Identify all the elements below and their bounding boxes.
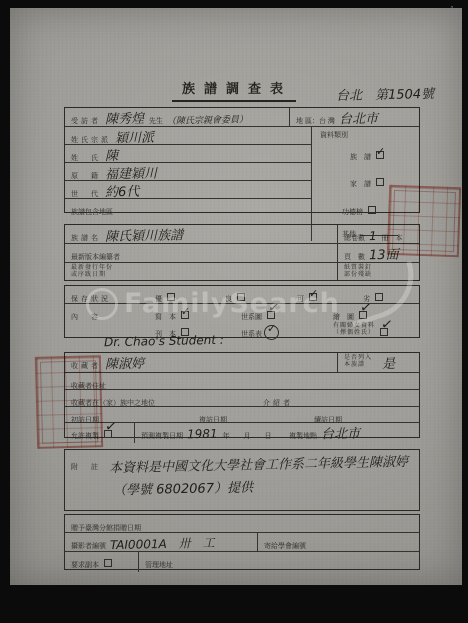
pedigree-table-item: 世系表✓ — [235, 321, 327, 341]
volume-label: 總卷數 — [344, 235, 365, 242]
clan-branch-value: 穎川派 — [115, 133, 154, 145]
copy-date-value: 1981 — [187, 429, 218, 441]
condition-excellent: 優 — [149, 286, 219, 303]
check-mark: ✓ — [309, 287, 318, 300]
coverage-row: 族譜包含地區 — [65, 199, 311, 219]
checkbox-icon — [376, 178, 384, 186]
donation-date-cell: 贈予臺灣分館捐贈日期 — [65, 515, 419, 532]
holder-value: 陳淑婷 — [105, 359, 144, 371]
interviewee-suffix: 先生 — [149, 118, 163, 125]
drawings-item: 繪 圖✓ — [327, 304, 419, 321]
included-label-2: 本族譜 — [344, 362, 372, 369]
red-seal-stamp-right — [387, 185, 461, 257]
pages-label: 頁 數 — [344, 254, 365, 261]
checkbox-icon — [375, 293, 383, 301]
origin-label: 原 籍 — [71, 173, 101, 180]
condition-label-cell: 保存狀況 — [65, 286, 149, 303]
jiapu-checkbox — [376, 178, 384, 186]
society-number-label: 寄給學會編號 — [264, 543, 306, 550]
copy-place-value: 台北市 — [321, 429, 360, 441]
checkbox-icon — [237, 293, 245, 301]
content-label: 內 容 — [71, 314, 101, 321]
poor-checkbox — [375, 293, 383, 301]
copy-place-label: 複製地點 — [289, 433, 317, 440]
category-item-zupu: 族 譜✓ — [320, 146, 419, 164]
binding-label-2: 部份殘缺 — [344, 272, 419, 279]
women-data-checkbox: ✓ — [380, 328, 388, 336]
binding-label-1: 紙質裝釘 — [344, 265, 419, 272]
remarks-line-2: （學號 6802067）提供 — [113, 477, 254, 504]
condition-content-section: 保存狀況 優 良 可✓ 劣 內 容 寫 本✓ — [64, 285, 420, 338]
copy-date-cell: 預測複製日期 1981 年 月 日 — [135, 423, 283, 443]
manage-address-label: 管理地址 — [145, 562, 173, 569]
remarks-line-1: 本資料是中國文化大學社會工作系二年級學生陳淑婷 — [109, 451, 408, 481]
included-value: 是 — [382, 359, 395, 370]
book-name-cell: 族譜名 陳氏穎川族譜 — [65, 225, 337, 243]
generations-value: 約6代 — [105, 187, 140, 199]
introducer-cell: 介紹者 — [257, 390, 419, 406]
copy-date-units: 年 月 日 — [222, 433, 271, 440]
check-mark: ✓ — [376, 145, 385, 158]
respondent-section: 受訪者 陳秀煌 先生 （陳氏宗親會委員） 地 區：台 灣 台北市 姓氏宗派 穎川… — [64, 107, 420, 213]
condition-label: 保存狀況 — [71, 296, 111, 303]
region-cell: 地 區：台 灣 台北市 — [289, 108, 419, 126]
women-data-item: 有關婦女資料 （擇偶姓氏） ✓ — [327, 321, 419, 341]
check-mark: ✓ — [359, 299, 373, 316]
donation-date-label: 贈予臺灣分館捐贈日期 — [71, 525, 141, 532]
women-data-label-2: （擇偶姓氏） — [333, 330, 375, 337]
manage-address-cell: 管理地址 — [139, 552, 419, 572]
check-mark: ✓ — [380, 316, 394, 333]
included-cell: 是否列入 本族譜 是 — [337, 353, 419, 372]
surname-rows: 姓氏宗派 穎川派 姓 氏 陳 原 籍 福建穎川 世 代 約6代 族譜包含地區 — [65, 127, 311, 219]
surname-row: 姓 氏 陳 — [65, 145, 311, 163]
generations-row: 世 代 約6代 — [65, 181, 311, 199]
included-label-1: 是否列入 — [344, 355, 372, 362]
clan-branch-label: 姓氏宗派 — [71, 137, 111, 144]
society-number-cell: 寄給學會編號 — [257, 533, 419, 551]
drawings-checkbox: ✓ — [359, 311, 367, 319]
check-mark: ✓ — [267, 322, 276, 335]
introducer-label: 介紹者 — [263, 400, 293, 407]
interviewee-note: （陳氏宗親會委員） — [167, 115, 248, 128]
interviewee-label: 受訪者 — [71, 118, 101, 125]
copy-date-label: 預測複製日期 — [141, 433, 183, 440]
handwritten-english-note: Dr. Chao's Student : — [104, 335, 224, 349]
holder-address-cell: 收藏者住址 — [65, 373, 419, 389]
photographer-label: 攝影者編號 — [71, 543, 106, 550]
copy-place-cell: 複製地點 台北市 — [283, 423, 419, 443]
generations-label: 世 代 — [71, 191, 101, 198]
copy-permit-checkbox: ✓ — [104, 430, 112, 438]
category-header: 資料類別 — [320, 130, 419, 140]
remarks-section: 附 註 本資料是中國文化大學社會工作系二年級學生陳淑婷 （學號 6802067）… — [64, 449, 420, 511]
checkbox-icon — [368, 206, 376, 214]
second-visit-cell: 複訪日期 — [193, 407, 308, 422]
clan-branch-row: 姓氏宗派 穎川派 — [65, 127, 311, 145]
red-seal-stamp-left — [35, 355, 103, 449]
genealogy-book-section: 族譜名 陳氏穎川族譜 總卷數 1 冊 本 最新版本編纂者 頁 數 13面 最新發… — [64, 224, 420, 281]
gongdebang-checkbox — [368, 206, 376, 214]
women-data-label: 有關婦女資料 — [333, 323, 375, 330]
publish-year-label-2: 或序跋日期 — [71, 272, 337, 279]
manuscript-checkbox: ✓ — [181, 311, 189, 319]
check-mark: ✓ — [181, 305, 190, 318]
pedigree-table-label: 世系表 — [241, 331, 262, 338]
origin-value: 福建穎川 — [105, 168, 157, 180]
copy-request-cell: 要求副本 — [65, 552, 139, 572]
administration-section: 贈予臺灣分館捐贈日期 攝影者編號 TAI0001A 卅 工 寄給學會編號 要求副… — [64, 514, 420, 570]
fair-checkbox: ✓ — [309, 293, 317, 301]
binding-cell: 紙質裝釘 部份殘缺 — [337, 263, 419, 280]
holder-section: 收藏者 陳淑婷 是否列入 本族譜 是 收藏者住址 收藏者在（家）族中之地位 介紹… — [64, 352, 420, 438]
manuscript-label: 寫 本 — [155, 314, 176, 321]
drawings-label: 繪 圖 — [333, 314, 354, 321]
remarks-label: 附 註 — [71, 462, 101, 502]
publish-year-cell: 最新發行年份 或序跋日期 — [65, 263, 337, 280]
condition-fair: 可✓ — [291, 286, 357, 303]
origin-row: 原 籍 福建穎川 — [65, 163, 311, 181]
follow-up-visit-cell: 續訪日期 — [308, 407, 419, 422]
volume-value: 1 — [369, 231, 377, 242]
fair-label: 可 — [297, 296, 304, 303]
check-mark: ✓ — [267, 299, 281, 316]
manuscript-item: 寫 本✓ — [149, 304, 235, 321]
pedigree-chart-checkbox: ✓ — [267, 311, 275, 319]
interviewee-cell: 受訪者 陳秀煌 先生 （陳氏宗親會委員） — [65, 108, 289, 126]
pedigree-chart-item: 世系圖✓ — [235, 304, 327, 321]
copy-request-checkbox — [104, 559, 112, 567]
form-title: 族譜調查表 — [172, 78, 296, 102]
scanned-document: 1. FamilySearch 族譜調查表 台北 第1504號 受訪者 陳秀煌 … — [0, 0, 468, 623]
region-value: 台北市 — [339, 114, 378, 126]
coverage-label: 族譜包含地區 — [71, 209, 113, 216]
editor-label: 最新版本編纂者 — [71, 254, 120, 261]
checkbox-icon — [167, 293, 175, 301]
copy-request-label: 要求副本 — [71, 562, 99, 569]
document-number: 台北 第1504號 — [336, 89, 434, 102]
publish-year-label-1: 最新發行年份 — [71, 265, 337, 272]
interviewee-value: 陳秀煌 — [105, 114, 144, 126]
good-label: 良 — [225, 296, 232, 303]
check-mark: ✓ — [104, 418, 118, 435]
zupu-label: 族 譜 — [350, 154, 371, 161]
surname-label: 姓 氏 — [71, 155, 101, 162]
pedigree-chart-label: 世系圖 — [241, 314, 262, 321]
excellent-checkbox — [167, 293, 175, 301]
photographer-cell: 攝影者編號 TAI0001A 卅 工 — [65, 533, 257, 551]
holder-cell: 收藏者 陳淑婷 — [65, 353, 337, 372]
photographer-value: TAI0001A 卅 工 — [110, 538, 215, 551]
excellent-label: 優 — [155, 296, 162, 303]
region-label: 地 區：台 灣 — [296, 118, 335, 125]
book-name-value: 陳氏穎川族譜 — [105, 230, 183, 243]
zupu-checkbox: ✓ — [376, 151, 384, 159]
surname-value: 陳 — [105, 151, 118, 162]
gongdebang-label: 功德榜 — [342, 209, 363, 216]
book-name-label: 族譜名 — [71, 235, 101, 242]
pedigree-table-checkbox: ✓ — [267, 328, 275, 336]
jiapu-label: 家 譜 — [350, 181, 371, 188]
editor-cell: 最新版本編纂者 — [65, 244, 337, 262]
checkbox-icon — [104, 559, 112, 567]
good-checkbox — [237, 293, 245, 301]
